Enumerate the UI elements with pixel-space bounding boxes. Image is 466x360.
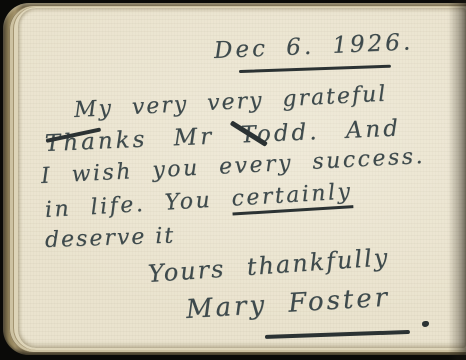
- signature-underline: [265, 330, 410, 339]
- signature-period-dot: [422, 321, 429, 327]
- date-line: Dec 6. 1926.: [213, 29, 413, 64]
- underlined-word-certainly: certainly: [231, 179, 354, 215]
- message-line-5: deserve it: [45, 223, 176, 253]
- signature: Mary Foster: [185, 283, 391, 325]
- closing-line: Yours thankfully: [147, 243, 390, 288]
- message-line-4-text: in life. You: [44, 187, 232, 223]
- message-line-1: My very very grateful: [73, 82, 388, 123]
- album-page: Dec 6. 1926. My very very grateful Thank…: [18, 8, 466, 348]
- date-underline: [239, 65, 391, 73]
